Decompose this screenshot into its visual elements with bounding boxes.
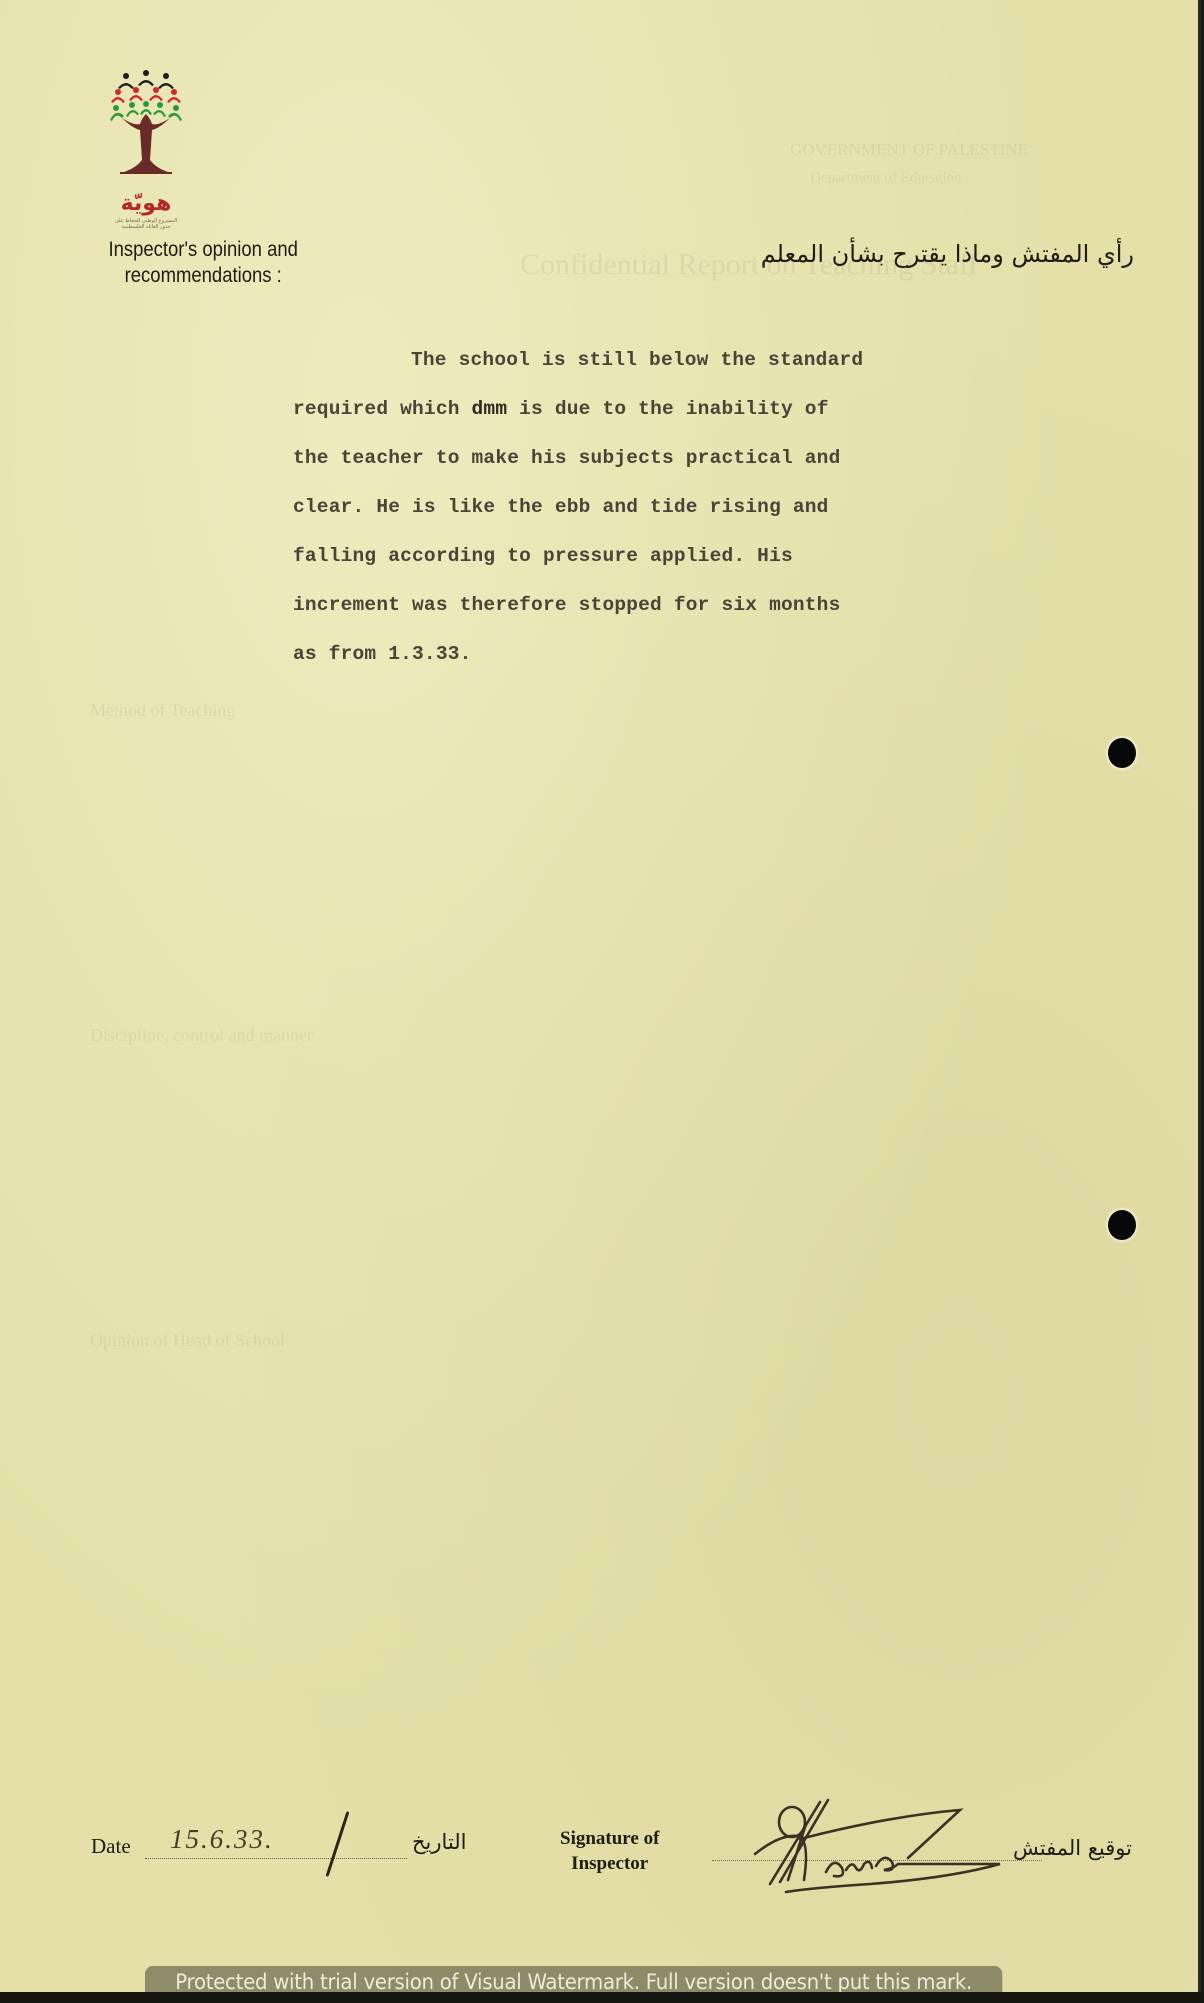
typed-line: the teacher to make his subjects practic… — [293, 434, 1013, 483]
date-label: Date — [91, 1834, 131, 1859]
date-label-arabic: التاريخ — [412, 1830, 467, 1854]
section-label-line2: recommendations : — [80, 263, 326, 289]
date-slash-mark — [326, 1811, 350, 1877]
bleed-through-field: Discipline, control and manner — [90, 1025, 313, 1046]
typed-line: required which dmm is due to the inabili… — [293, 385, 1013, 434]
scan-bottom-edge — [0, 1992, 1204, 2003]
signature-label: Signature of Inspector — [560, 1826, 659, 1876]
logo-caption: المشروع الوطني للحفاظ على جذور العائلة ا… — [104, 218, 188, 230]
punch-hole-upper — [1108, 738, 1136, 768]
struck-out-typo: dmm — [472, 398, 508, 420]
typed-line: clear. He is like the ebb and tide risin… — [293, 483, 1013, 532]
punch-hole-lower — [1108, 1210, 1136, 1240]
bleed-through-header: GOVERNMENT OF PALESTINE — [790, 140, 1028, 160]
date-dotted-line — [145, 1858, 407, 1859]
signature-label-line2: Inspector — [560, 1851, 659, 1876]
signature-label-line1: Signature of — [560, 1826, 659, 1851]
typed-line: The school is still below the standard — [293, 336, 1013, 385]
bleed-through-subheader: Department of Education — [810, 170, 962, 187]
typed-line: as from 1.3.33. — [293, 630, 1013, 679]
section-label-line1: Inspector's opinion and — [80, 237, 326, 263]
typed-fragment: is due to the inability of — [507, 398, 828, 420]
typed-recommendation-text: The school is still below the standard r… — [293, 336, 1013, 679]
bleed-through-field: Method of Teaching — [90, 700, 235, 721]
document-page: Confidential Report on Teaching Staff GO… — [0, 0, 1201, 1992]
logo-caption-line2: جذور العائلة الفلسطينية — [104, 224, 188, 230]
handwritten-signature-icon — [750, 1784, 1010, 1894]
typed-line: increment was therefore stopped for six … — [293, 581, 1013, 630]
bleed-through-field: Opinion of Head of School — [90, 1330, 285, 1351]
svg-text:هويّة: هويّة — [121, 191, 172, 216]
typed-line: falling according to pressure applied. H… — [293, 532, 1013, 581]
signature-label-arabic: توقيع المفتش — [1013, 1836, 1132, 1860]
date-value-handwritten: 15.6.33. — [170, 1824, 274, 1855]
signature-date-row: Date 15.6.33. التاريخ Signature of Inspe… — [0, 1800, 1198, 1890]
section-label-english: Inspector's opinion and recommendations … — [80, 237, 326, 289]
typed-fragment: required which — [293, 398, 472, 420]
family-tree-logo-icon: هويّة — [108, 68, 184, 238]
section-label-arabic: رأي المفتش وماذا يقترح بشأن المعلم — [761, 240, 1134, 268]
